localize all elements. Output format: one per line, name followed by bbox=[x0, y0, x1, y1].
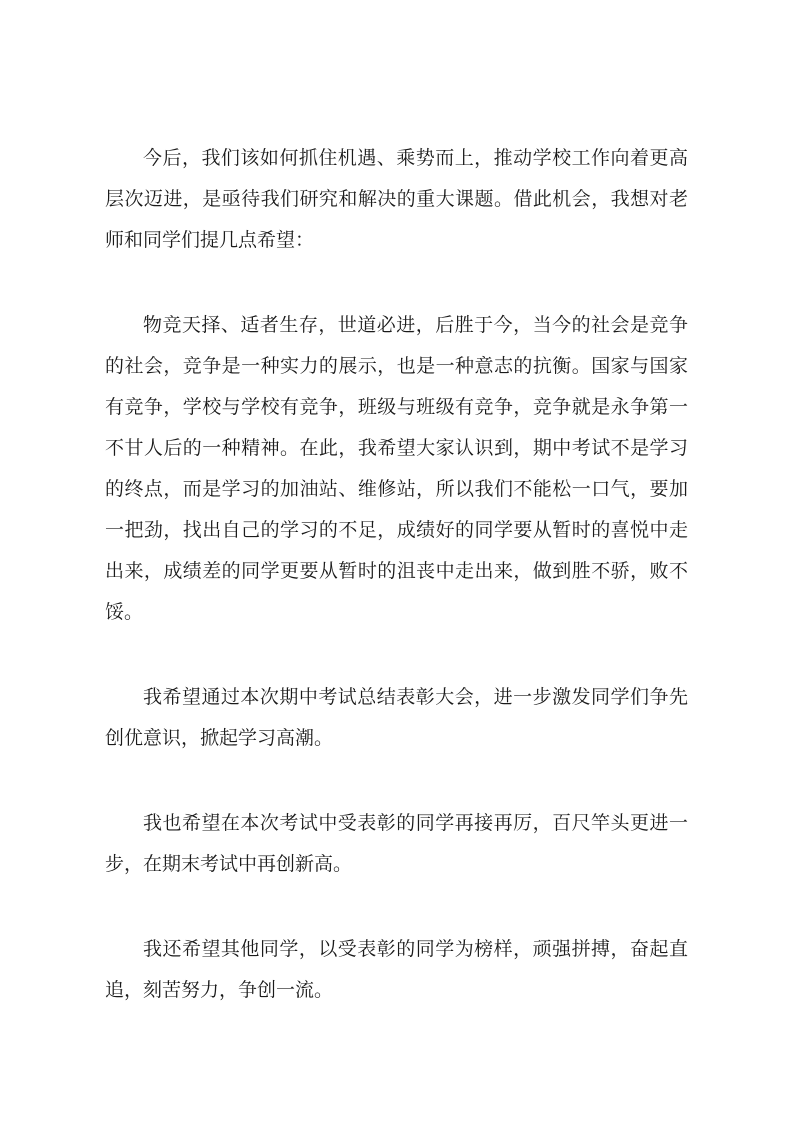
paragraph-hope-2: 我也希望在本次考试中受表彰的同学再接再厉，百尺竿头更进一步，在期末考试中再创新高… bbox=[105, 803, 688, 885]
paragraph-intro: 今后，我们该如何抓住机遇、乘势而上，推动学校工作向着更高层次迈进，是亟待我们研究… bbox=[105, 138, 688, 261]
document-page: 今后，我们该如何抓住机遇、乘势而上，推动学校工作向着更高层次迈进，是亟待我们研究… bbox=[0, 0, 793, 1122]
paragraph-competition: 物竞天择、适者生存，世道必进，后胜于今，当今的社会是竞争的社会，竞争是一种实力的… bbox=[105, 305, 688, 633]
paragraph-hope-3: 我还希望其他同学，以受表彰的同学为榜样，顽强拼搏，奋起直追，刻苦努力，争创一流。 bbox=[105, 929, 688, 1011]
paragraph-hope-1: 我希望通过本次期中考试总结表彰大会，进一步激发同学们争先创优意识，掀起学习高潮。 bbox=[105, 677, 688, 759]
